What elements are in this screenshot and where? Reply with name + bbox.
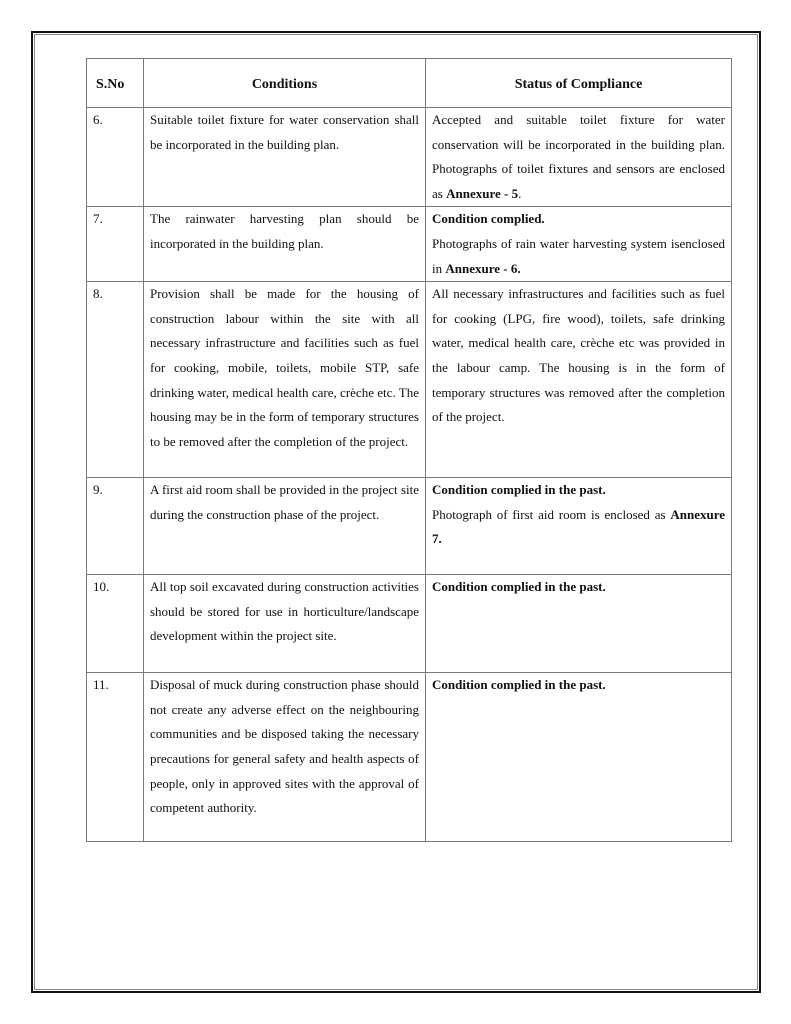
table-row: 10. All top soil excavated during constr… <box>87 575 732 673</box>
row-sno: 7. <box>87 207 144 282</box>
status-text: Photograph of first aid room is enclosed… <box>432 507 670 522</box>
row-sno: 9. <box>87 478 144 575</box>
row-condition: Provision shall be made for the housing … <box>144 282 426 478</box>
status-heading: Condition complied. <box>432 207 725 232</box>
table-row: 8. Provision shall be made for the housi… <box>87 282 732 478</box>
row-condition: The rainwater harvesting plan should be … <box>144 207 426 282</box>
row-status: All necessary infrastructures and facili… <box>426 282 732 478</box>
row-condition: Disposal of muck during construction pha… <box>144 673 426 842</box>
header-conditions: Conditions <box>144 59 426 108</box>
table-row: 6. Suitable toilet fixture for water con… <box>87 108 732 207</box>
annexure-ref: Annexure - 6. <box>445 261 520 276</box>
row-condition: A first aid room shall be provided in th… <box>144 478 426 575</box>
row-condition: Suitable toilet fixture for water conser… <box>144 108 426 207</box>
status-text: All necessary infrastructures and facili… <box>432 286 725 424</box>
row-status: Condition complied in the past. <box>426 673 732 842</box>
row-sno: 11. <box>87 673 144 842</box>
status-heading: Condition complied in the past. <box>432 673 725 698</box>
table-header-row: S.No Conditions Status of Compliance <box>87 59 732 108</box>
row-sno: 8. <box>87 282 144 478</box>
table-row: 7. The rainwater harvesting plan should … <box>87 207 732 282</box>
compliance-table: S.No Conditions Status of Compliance 6. … <box>86 58 732 842</box>
status-text: . <box>518 186 521 201</box>
table-row: 11. Disposal of muck during construction… <box>87 673 732 842</box>
row-status: Condition complied in the past. <box>426 575 732 673</box>
table-row: 9. A first aid room shall be provided in… <box>87 478 732 575</box>
row-status: Condition complied in the past.Photograp… <box>426 478 732 575</box>
row-status: Accepted and suitable toilet fixture for… <box>426 108 732 207</box>
row-sno: 6. <box>87 108 144 207</box>
header-sno: S.No <box>87 59 144 108</box>
annexure-ref: Annexure - 5 <box>446 186 518 201</box>
status-heading: Condition complied in the past. <box>432 575 725 600</box>
header-status: Status of Compliance <box>426 59 732 108</box>
row-condition: All top soil excavated during constructi… <box>144 575 426 673</box>
row-sno: 10. <box>87 575 144 673</box>
status-heading: Condition complied in the past. <box>432 478 725 503</box>
row-status: Condition complied.Photographs of rain w… <box>426 207 732 282</box>
